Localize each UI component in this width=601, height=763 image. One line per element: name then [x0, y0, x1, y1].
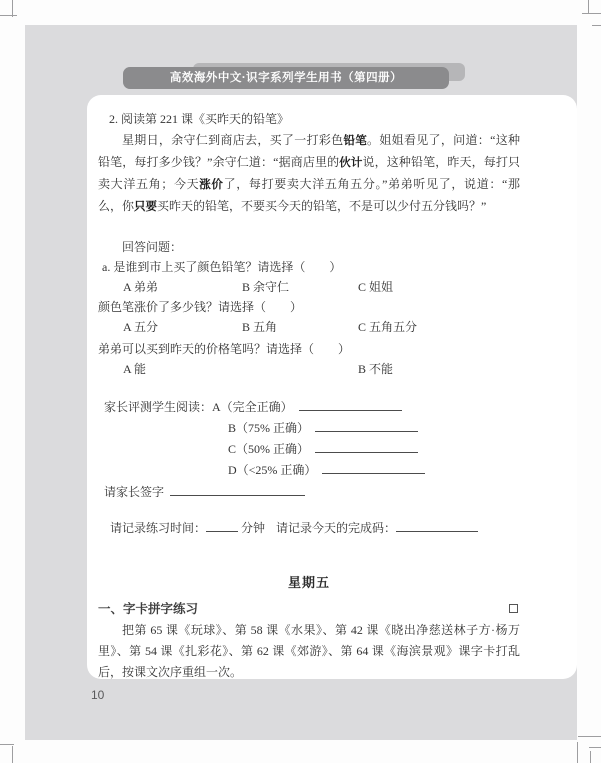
- time-label: 请记录练习时间：: [110, 521, 206, 535]
- option-c: C 姐姐: [358, 277, 393, 297]
- question-2-options: A 五分 B 五角 C 五角五分: [98, 317, 520, 337]
- grade-b-label: B（75% 正确）: [228, 421, 309, 435]
- grade-b-blank-line: [315, 421, 418, 432]
- grade-c-blank-line: [315, 442, 418, 453]
- questions-prompt: 回答问题：: [98, 237, 520, 257]
- book-page: 高效海外中文·识字系列学生用书（第四册） 2. 阅读第 221 课《买昨天的铅笔…: [25, 25, 577, 740]
- passage-segment: 买昨天的铅笔，不要买今天的铅笔，不是可以少付五分钱吗？”: [157, 199, 486, 213]
- series-header-banner: 高效海外中文·识字系列学生用书（第四册）: [123, 67, 449, 89]
- code-blank-line: [396, 521, 478, 532]
- crop-mark: [577, 742, 578, 763]
- question-3-options: A 能 B 不能: [98, 359, 520, 379]
- crop-mark: [0, 744, 14, 745]
- evaluation-row: B（75% 正确）: [98, 418, 520, 439]
- passage-keyword: 只要: [134, 201, 157, 213]
- parent-evaluation-section: 家长评测学生阅读：A（完全正确） B（75% 正确） C（50% 正确） D（<…: [98, 397, 520, 503]
- crop-mark: [12, 746, 13, 763]
- reading-passage: 星期日，余守仁到商店去，买了一打彩色铅笔。姐姐看见了，问道：“这种铅笔，每打多少…: [98, 130, 520, 218]
- grade-d-label: D（<25% 正确）: [228, 463, 316, 477]
- evaluation-row: 家长评测学生阅读：A（完全正确）: [98, 397, 520, 418]
- grade-c-label: C（50% 正确）: [228, 442, 309, 456]
- crop-mark: [589, 747, 601, 748]
- series-title: 高效海外中文·识字系列学生用书（第四册）: [170, 72, 402, 84]
- record-row: 请记录练习时间： 分钟 请记录今天的完成码：: [98, 517, 520, 539]
- grade-a-blank-line: [299, 400, 402, 411]
- option-b: B 不能: [358, 359, 393, 379]
- grade-a-label: A（完全正确）: [212, 400, 293, 414]
- option-b: B 余守仁: [242, 277, 289, 297]
- option-a: A 弟弟: [123, 277, 158, 297]
- crop-mark: [0, 15, 17, 16]
- evaluation-row: D（<25% 正确）: [98, 460, 520, 481]
- passage-keyword: 伙计: [339, 157, 362, 169]
- reading-exercise-title: 2. 阅读第 221 课《买昨天的铅笔》: [98, 109, 520, 130]
- crop-mark: [590, 751, 591, 763]
- time-unit: 分钟: [241, 521, 265, 535]
- option-b: B 五角: [242, 317, 277, 337]
- crop-mark: [578, 736, 601, 737]
- grade-d-blank-line: [322, 463, 425, 474]
- friday-heading: 星期五: [98, 572, 520, 594]
- option-a: A 五分: [123, 317, 158, 337]
- time-blank-line: [206, 521, 238, 532]
- scanned-page-canvas: 高效海外中文·识字系列学生用书（第四册） 2. 阅读第 221 课《买昨天的铅笔…: [0, 0, 601, 763]
- questions-section: 回答问题： a. 是谁到市上买了颜色铅笔？请选择（ ） A 弟弟 B 余守仁 C…: [98, 237, 520, 379]
- passage-segment: 星期日，余守仁到商店去，买了一打彩色: [122, 133, 343, 147]
- option-c: C 五角五分: [358, 317, 417, 337]
- crop-mark: [588, 0, 589, 13]
- crop-mark: [582, 13, 601, 14]
- passage-keyword: 铅笔: [343, 135, 367, 147]
- option-a: A 能: [123, 359, 146, 379]
- completion-checkbox[interactable]: [509, 604, 518, 613]
- content-card: 2. 阅读第 221 课《买昨天的铅笔》 星期日，余守仁到商店去，买了一打彩色铅…: [87, 95, 577, 679]
- question-2: 颜色笔涨价了多少钱？请选择（ ）: [98, 297, 520, 317]
- evaluation-row: C（50% 正确）: [98, 439, 520, 460]
- question-1-options: A 弟弟 B 余守仁 C 姐姐: [98, 277, 520, 297]
- passage-keyword: 涨价: [199, 179, 223, 191]
- exercise-title: 一、字卡拼字练习: [98, 602, 198, 616]
- signature-blank-line: [170, 485, 305, 496]
- signature-row: 请家长签字: [98, 481, 520, 503]
- page-number: 10: [91, 688, 104, 702]
- question-3: 弟弟可以买到昨天的价格笔吗？请选择（ ）: [98, 339, 520, 359]
- exercise-header-row: 一、字卡拼字练习: [98, 599, 520, 620]
- evaluation-label: 家长评测学生阅读：: [104, 400, 212, 414]
- code-label: 请记录今天的完成码：: [276, 521, 396, 535]
- signature-label: 请家长签字: [104, 485, 164, 499]
- exercise-instructions: 把第 65 课《玩球》、第 58 课《水果》、第 42 课《晓出净慈送林子方·杨…: [98, 620, 520, 679]
- text-column: 2. 阅读第 221 课《买昨天的铅笔》 星期日，余守仁到商店去，买了一打彩色铅…: [98, 109, 520, 679]
- question-1: a. 是谁到市上买了颜色铅笔？请选择（ ）: [98, 257, 520, 277]
- crop-mark: [592, 25, 601, 26]
